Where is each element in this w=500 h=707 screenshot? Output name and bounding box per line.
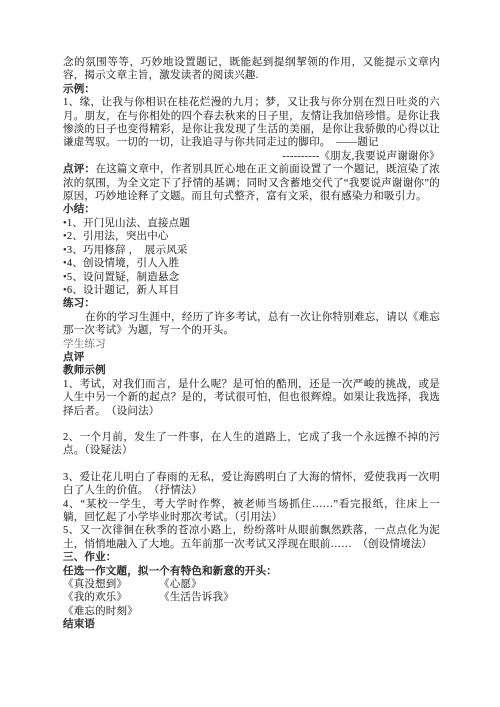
intro-paragraph: 念的氛围等等，巧妙地设置题记，既能起到提纲挈领的作用，又能提示文章内容，揭示文章… — [63, 56, 440, 83]
summary-item-5: •5、设问置疑，制造悬念 — [63, 271, 440, 284]
example-heading: 示例： — [63, 83, 440, 96]
summary-heading: 小结： — [63, 203, 440, 216]
example-1-source: ----------《朋友,我要说声谢谢你》 — [63, 150, 440, 163]
teacher-example-1: 1、考试，对我们而言，是什么呢？是可怕的酷刑，还是一次严峻的挑战，或是人生中另一… — [63, 378, 440, 418]
homework-heading: 三、作业： — [63, 551, 440, 564]
title-option-4: 《生活告诉我》 — [159, 592, 234, 603]
teacher-example-2: 2、一个月前，发生了一件事，在人生的道路上，它成了我一个永远擦不掉的污点。（设疑… — [63, 431, 440, 458]
blank-line — [63, 458, 440, 471]
title-option-3: 《我的欢乐》 — [63, 591, 159, 604]
closing-heading: 结束语 — [63, 618, 440, 631]
teacher-example-3: 3、爱让花儿明白了春雨的无私，爱让海鸥明白了大海的情怀，爱使我再一次明白了人生的… — [63, 471, 440, 498]
comment-text: 在这篇文章中，作者别具匠心地在正文前面设置了一个题记，既渲染了浓浓的氛围，为全文… — [63, 164, 440, 202]
summary-item-2: •2、引用法，突出中心 — [63, 230, 440, 243]
teacher-example-4: 4、“某校一学生，考大学时作弊，被老师当场抓住……”看完报纸，往床上一躺，回忆起… — [63, 498, 440, 525]
comment-label: 点评： — [63, 164, 95, 175]
summary-item-6: •6、设计题记，新人耳目 — [63, 284, 440, 297]
document-page: 念的氛围等等，巧妙地设置题记，既能起到提纲挈领的作用，又能提示文章内容，揭示文章… — [0, 0, 500, 707]
summary-item-1: •1、开门见山法、直接点题 — [63, 217, 440, 230]
comment2-heading: 点评 — [63, 351, 440, 364]
title-option-5: 《难忘的时刻》 — [63, 606, 138, 617]
example-1-paragraph: 1、缘，让我与你相识在桂花烂漫的九月；梦，又让我与你分别在烈日吐炎的六月。朋友，… — [63, 96, 440, 150]
practice-heading: 练习： — [63, 297, 440, 310]
title-row-1: 《真没想到》《心愿》 — [63, 578, 440, 591]
student-practice-label: 学生练习 — [63, 338, 440, 351]
title-option-1: 《真没想到》 — [63, 578, 159, 591]
teacher-example-heading: 教师示例 — [63, 364, 440, 377]
title-row-3: 《难忘的时刻》 — [63, 605, 440, 618]
practice-paragraph: 在你的学习生涯中，经历了许多考试，总有一次让你特别难忘，请以《难忘那一次考试》为… — [63, 311, 440, 338]
title-row-2: 《我的欢乐》《生活告诉我》 — [63, 591, 440, 604]
blank-line — [63, 418, 440, 431]
comment-paragraph: 点评：在这篇文章中，作者别具匠心地在正文前面设置了一个题记，既渲染了浓浓的氛围，… — [63, 163, 440, 203]
summary-item-3: •3、巧用修辞 ， 展示风采 — [63, 244, 440, 257]
summary-item-4: •4、创设情境，引人入胜 — [63, 257, 440, 270]
homework-instruction: 任选一作文题，拟一个有特色和新意的开头： — [63, 565, 440, 578]
teacher-example-5: 5、又一次徘徊在秋季的苍凉小路上，纷纷落叶从眼前飘然跌落，一点点化为泥土，悄悄地… — [63, 524, 440, 551]
title-option-2: 《心愿》 — [159, 579, 202, 590]
